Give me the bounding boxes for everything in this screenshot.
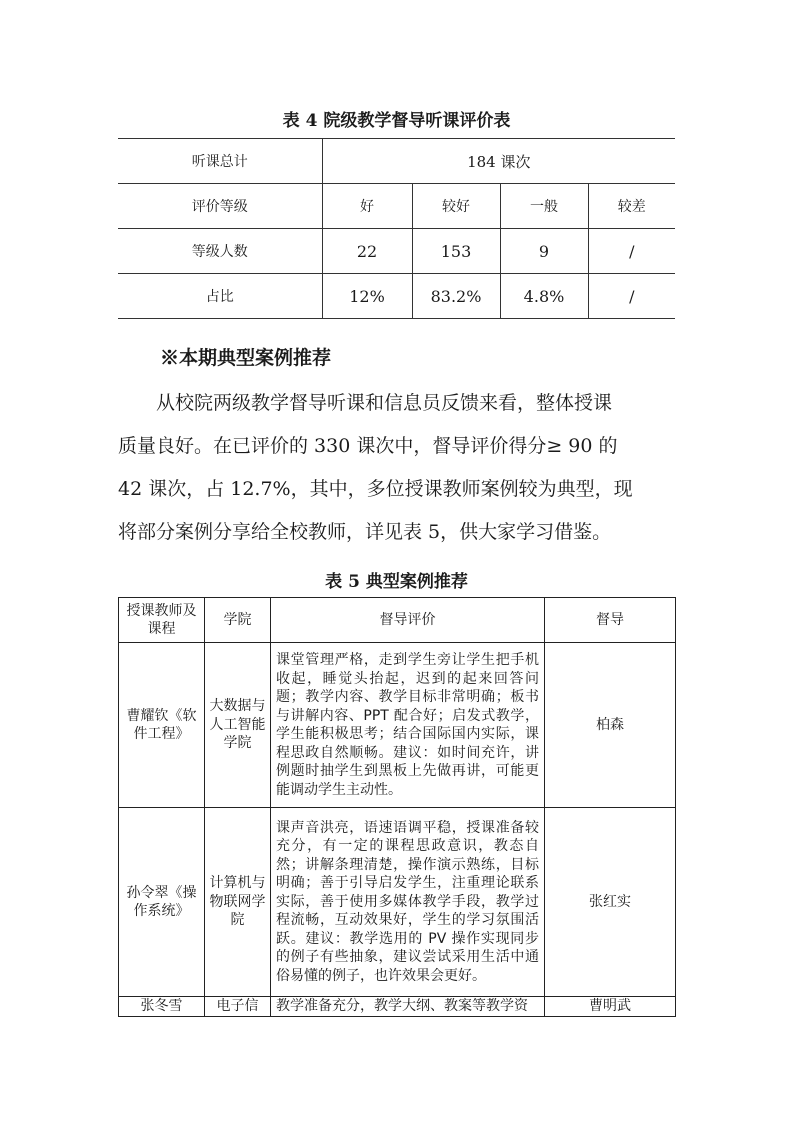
count-cell: 22	[322, 229, 412, 274]
ratio-cell: 83.2%	[412, 274, 500, 319]
table-row: 孙令翠《操作系统》 计算机与物联网学院 课声音洪亮，语速语调平稳，授课准备较充分…	[119, 808, 676, 997]
college-cell: 电子信	[205, 997, 271, 1017]
evaluation-cell: 课堂管理严格，走到学生旁让学生把手机收起，睡觉头抬起，迟到的起来回答问题；教学内…	[271, 643, 545, 808]
header-teacher-course: 授课教师及课程	[119, 598, 205, 643]
evaluation-cell: 教学准备充分，教学大纲、教案等教学资	[271, 997, 545, 1017]
table5-typical-cases: 授课教师及课程 学院 督导评价 督导 曹耀钦《软件工程》 大数据与人工智能学院 …	[118, 597, 676, 1017]
grade-cell: 一般	[500, 184, 588, 229]
teacher-course-cell: 曹耀钦《软件工程》	[119, 643, 205, 808]
table4-caption: 表 4 院级教学督导听课评价表	[0, 106, 793, 131]
supervisor-cell: 柏森	[545, 643, 676, 808]
ratio-label: 占比	[118, 274, 322, 319]
grade-cell: 较好	[412, 184, 500, 229]
table5-caption: 表 5 典型案例推荐	[0, 567, 793, 592]
paragraph-line: 从校院两级教学督导听课和信息员反馈来看，整体授课	[118, 382, 678, 425]
grade-cell: 好	[322, 184, 412, 229]
ratio-cell: 12%	[322, 274, 412, 319]
supervisor-cell: 张红实	[545, 808, 676, 997]
header-evaluation: 督导评价	[271, 598, 545, 643]
ratio-cell: /	[588, 274, 675, 319]
section-paragraph: 从校院两级教学督导听课和信息员反馈来看，整体授课 质量良好。在已评价的 330 …	[118, 382, 678, 554]
count-label: 等级人数	[118, 229, 322, 274]
table-row-grades: 评价等级 好 较好 一般 较差	[118, 184, 675, 229]
college-cell: 大数据与人工智能学院	[205, 643, 271, 808]
paragraph-line: 质量良好。在已评价的 330 课次中，督导评价得分≥ 90 的	[118, 425, 678, 468]
ratio-cell: 4.8%	[500, 274, 588, 319]
header-supervisor: 督导	[545, 598, 676, 643]
college-cell: 计算机与物联网学院	[205, 808, 271, 997]
teacher-course-cell: 孙令翠《操作系统》	[119, 808, 205, 997]
table-header-row: 授课教师及课程 学院 督导评价 督导	[119, 598, 676, 643]
teacher-course-cell: 张冬雪	[119, 997, 205, 1017]
grade-label: 评价等级	[118, 184, 322, 229]
count-cell: 153	[412, 229, 500, 274]
table-row-total: 听课总计 184 课次	[118, 139, 675, 184]
table4-supervision-evaluation: 听课总计 184 课次 评价等级 好 较好 一般 较差 等级人数 22 153 …	[118, 138, 675, 319]
table-row-counts: 等级人数 22 153 9 /	[118, 229, 675, 274]
table-row-ratios: 占比 12% 83.2% 4.8% /	[118, 274, 675, 319]
paragraph-line: 将部分案例分享给全校教师，详见表 5，供大家学习借鉴。	[118, 511, 678, 554]
evaluation-cell: 课声音洪亮，语速语调平稳，授课准备较充分，有一定的课程思政意识，教态自然；讲解条…	[271, 808, 545, 997]
total-label: 听课总计	[118, 139, 322, 184]
count-cell: 9	[500, 229, 588, 274]
paragraph-line: 42 课次，占 12.7%，其中，多位授课教师案例较为典型，现	[118, 468, 678, 511]
header-college: 学院	[205, 598, 271, 643]
section-heading: ※本期典型案例推荐	[160, 343, 331, 370]
table-row: 曹耀钦《软件工程》 大数据与人工智能学院 课堂管理严格，走到学生旁让学生把手机收…	[119, 643, 676, 808]
count-cell: /	[588, 229, 675, 274]
table-row: 张冬雪 电子信 教学准备充分，教学大纲、教案等教学资 曹明武	[119, 997, 676, 1017]
grade-cell: 较差	[588, 184, 675, 229]
supervisor-cell: 曹明武	[545, 997, 676, 1017]
total-value: 184 课次	[322, 139, 675, 184]
